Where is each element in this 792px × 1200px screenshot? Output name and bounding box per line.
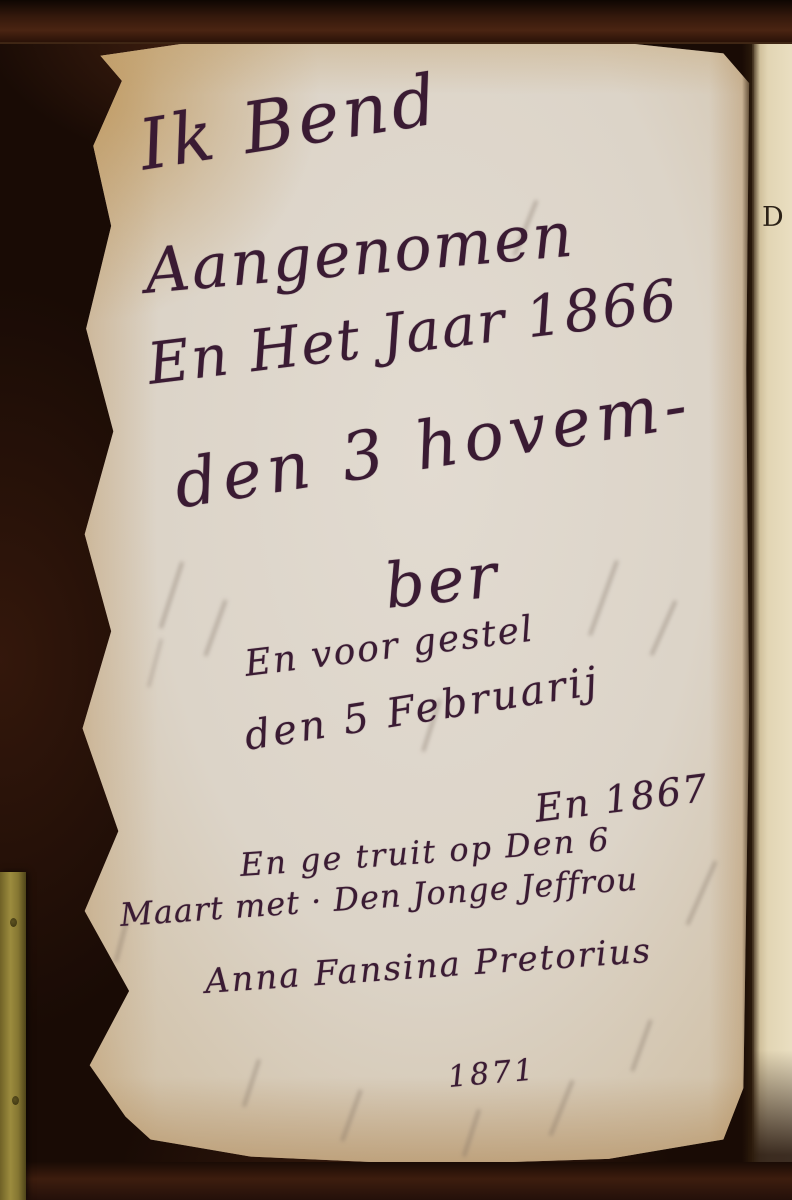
manuscript-photo: D Ik Bend Aangenomen En Het Jaar 1866 de… <box>0 0 792 1200</box>
ink-bleedthrough-mark <box>549 1080 574 1137</box>
book-gutter-shadow <box>742 30 760 1170</box>
leather-binding-top <box>0 0 792 44</box>
ink-bleedthrough-mark <box>462 1109 480 1157</box>
clasp-rivet <box>12 1096 19 1105</box>
leather-binding-bottom <box>0 1162 792 1200</box>
handwriting-line-ik-bend: Ik Bend <box>134 58 446 186</box>
ink-bleedthrough-mark <box>204 599 227 656</box>
ink-bleedthrough-mark <box>650 600 677 656</box>
manuscript-page: Ik Bend Aangenomen En Het Jaar 1866 den … <box>36 26 752 1168</box>
ink-bleedthrough-mark <box>159 561 183 629</box>
ink-bleedthrough-mark <box>588 560 618 636</box>
ink-bleedthrough-mark <box>686 860 717 925</box>
ink-bleedthrough-mark <box>341 1089 363 1142</box>
handwriting-line-en-1867: En 1867 <box>532 766 711 831</box>
handwriting-line-ber: ber <box>381 538 503 623</box>
ink-bleedthrough-mark <box>242 1059 260 1107</box>
brass-clasp <box>0 872 26 1200</box>
clasp-rivet <box>10 918 17 927</box>
handwriting-line-1871: 1871 <box>446 1052 537 1095</box>
ink-bleedthrough-mark <box>631 1019 653 1072</box>
facing-page-printed-letter: D <box>762 202 785 233</box>
handwriting-line-anna-pretorius: Anna Fansina Pretorius <box>204 931 654 1002</box>
ink-bleedthrough-mark <box>148 639 163 688</box>
handwriting-line-den-3-novem: den 3 hovem- <box>169 366 698 524</box>
